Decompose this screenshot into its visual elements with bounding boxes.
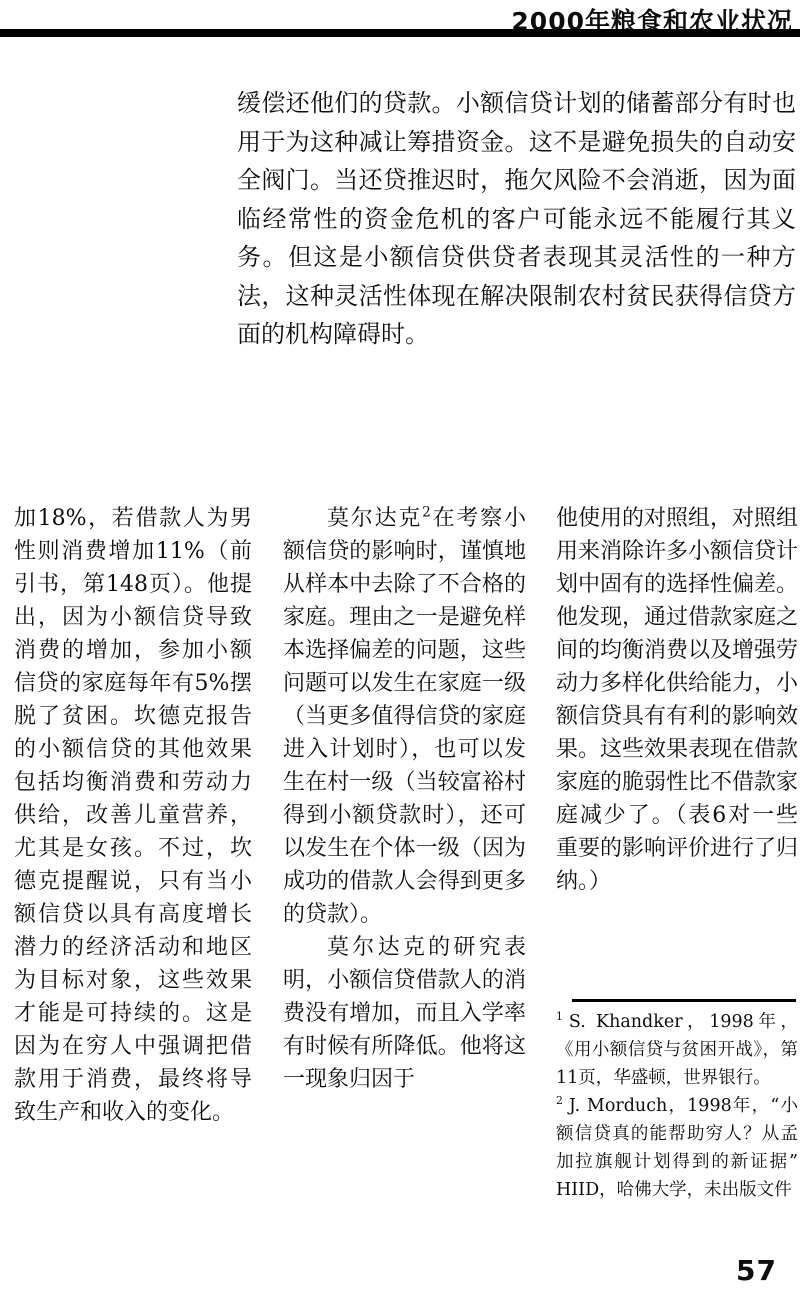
column-middle: 莫尔达克2在考察小额信贷的影响时，谨慎地从样本中去除了不合格的家庭。理由之一是避… xyxy=(283,502,526,1096)
column-right: 他使用的对照组，对照组用来消除许多小额信贷计划中固有的选择性偏差。他发现，通过借… xyxy=(556,502,798,898)
footnote-2-marker: 2 xyxy=(556,1094,563,1107)
footnote-1: 1S. Khandker，1998年，《用小额信贷与贫困开战》，第11页，华盛顿… xyxy=(556,1008,798,1092)
footnote-separator-rule xyxy=(572,999,796,1002)
middle-para1-text-after-footnote-ref: 在考察小额信贷的影响时，谨慎地从样本中去除了不合格的家庭。理由之一是避免样本选择… xyxy=(283,506,526,927)
left-column-paragraph: 加18%，若借款人为男性则消费增加11%（前引书，第148页）。他提出，因为小额… xyxy=(14,502,252,1129)
footnote-1-text: S. Khandker，1998年，《用小额信贷与贫困开战》，第11页，华盛顿，… xyxy=(556,1012,798,1088)
footnote-2: 2J. Morduch，1998年，“小额信贷真的能帮助穷人？从孟加拉旗舰计划得… xyxy=(556,1092,798,1204)
footnote-reference-2: 2 xyxy=(422,505,431,521)
header-rule xyxy=(0,29,800,37)
intro-paragraph: 缓偿还他们的贷款。小额信贷计划的储蓄部分有时也用于为这种减让筹措资金。这不是避免… xyxy=(237,84,796,354)
footnote-2-text: J. Morduch，1998年，“小额信贷真的能帮助穷人？从孟加拉旗舰计划得到… xyxy=(556,1096,798,1200)
middle-para1-text-before-footnote-ref: 莫尔达克 xyxy=(327,506,422,531)
document-page: 2000年粮食和农业状况 缓偿还他们的贷款。小额信贷计划的储蓄部分有时也用于为这… xyxy=(0,0,800,1293)
middle-column-paragraph-1: 莫尔达克2在考察小额信贷的影响时，谨慎地从样本中去除了不合格的家庭。理由之一是避… xyxy=(283,502,526,931)
middle-column-paragraph-2: 莫尔达克的研究表明，小额信贷借款人的消费没有增加，而且入学率有时候有所降低。他将… xyxy=(283,931,526,1096)
footnotes-block: 1S. Khandker，1998年，《用小额信贷与贫困开战》，第11页，华盛顿… xyxy=(556,1008,798,1204)
footnote-1-marker: 1 xyxy=(556,1010,563,1023)
right-column-paragraph: 他使用的对照组，对照组用来消除许多小额信贷计划中固有的选择性偏差。他发现，通过借… xyxy=(556,502,798,898)
page-number: 57 xyxy=(736,1254,777,1287)
column-left: 加18%，若借款人为男性则消费增加11%（前引书，第148页）。他提出，因为小额… xyxy=(14,502,252,1129)
